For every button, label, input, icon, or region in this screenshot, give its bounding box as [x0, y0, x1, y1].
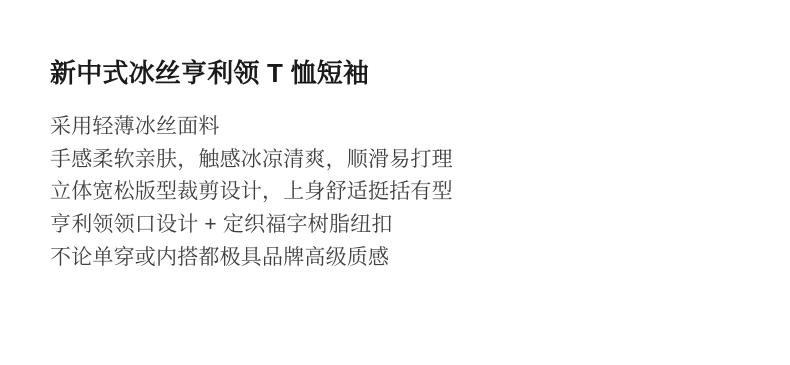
product-title: 新中式冰丝亨利领 T 恤短袖 [50, 60, 750, 86]
product-description-section: 新中式冰丝亨利领 T 恤短袖 采用轻薄冰丝面料 手感柔软亲肤，触感冰凉清爽，顺滑… [50, 60, 750, 275]
description-line-fit: 立体宽松版型裁剪设计，上身舒适挺括有型 [50, 176, 750, 209]
product-description: 采用轻薄冰丝面料 手感柔软亲肤，触感冰凉清爽，顺滑易打理 立体宽松版型裁剪设计，… [50, 111, 750, 275]
description-line-style: 不论单穿或内搭都极具品牌高级质感 [50, 242, 750, 275]
description-line-collar: 亨利领领口设计 + 定织福字树脂纽扣 [50, 209, 750, 242]
description-line-feel: 手感柔软亲肤，触感冰凉清爽，顺滑易打理 [50, 144, 750, 177]
description-line-fabric: 采用轻薄冰丝面料 [50, 111, 750, 144]
